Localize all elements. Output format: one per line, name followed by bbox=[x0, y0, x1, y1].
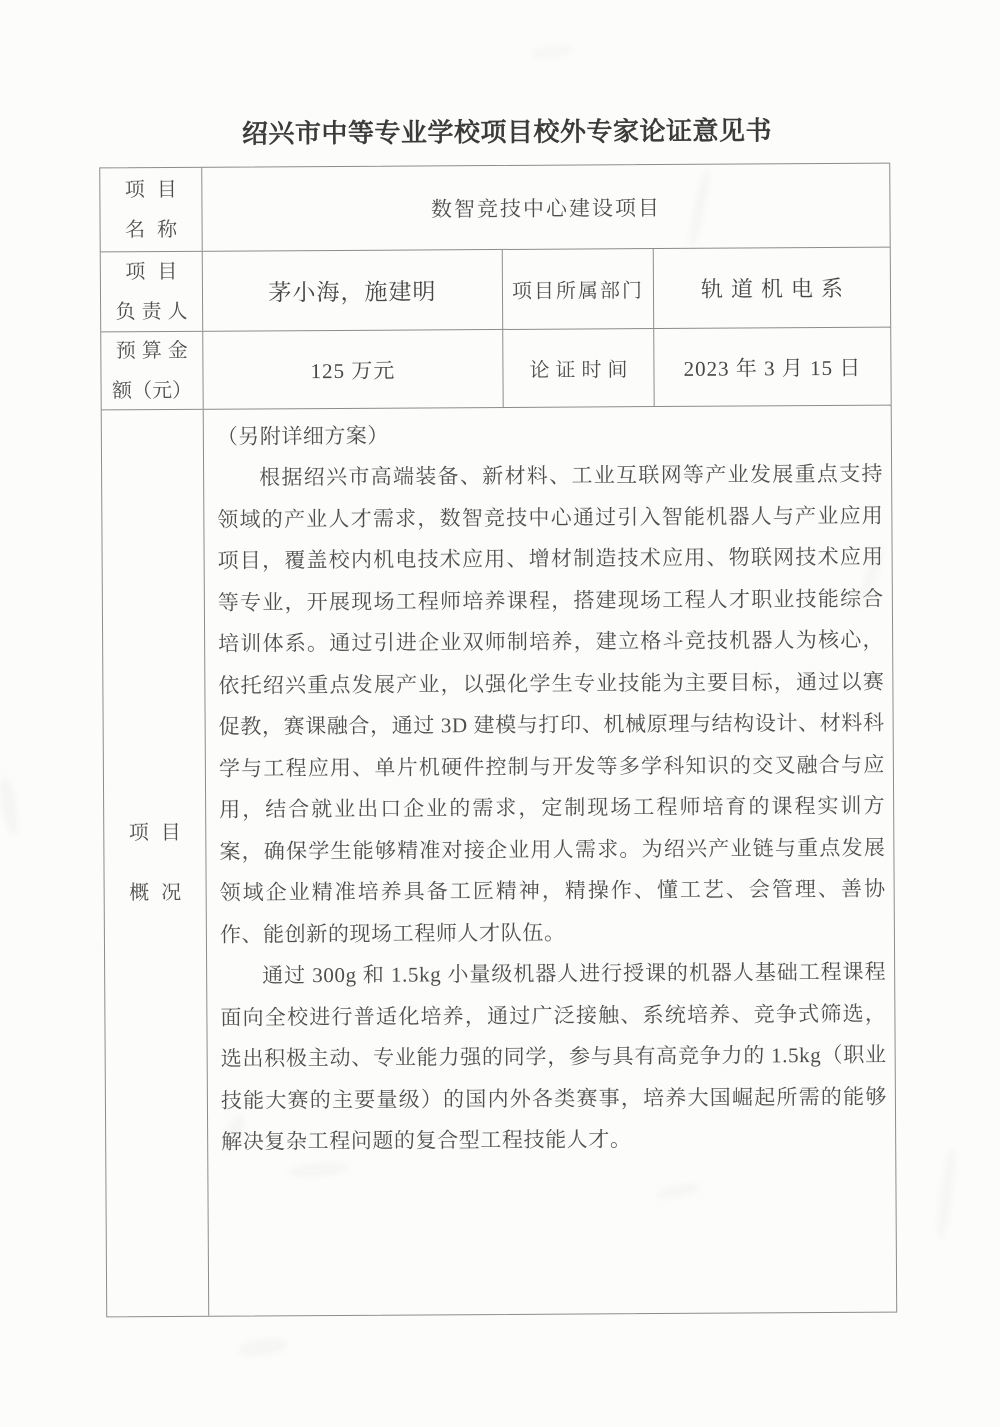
scanned-document-page: 绍兴市中等专业学校项目校外专家论证意见书 项目 名称 数智竞技中心建设项目 项目… bbox=[0, 0, 1000, 1427]
row-project-name: 项目 名称 数智竞技中心建设项目 bbox=[100, 164, 889, 253]
project-overview-label: 项目 概况 bbox=[102, 410, 210, 1317]
row-project-leader: 项目 负责人 茅小海，施建明 项目所属部门 轨道机电系 bbox=[101, 248, 890, 333]
label-line: 负责人 bbox=[110, 301, 194, 322]
label-line: 概况 bbox=[117, 883, 193, 903]
overview-paragraph: 根据绍兴市高端装备、新材料、工业互联网等产业发展重点支持领域的产业人才需求，数智… bbox=[217, 454, 886, 956]
project-name-value-cell: 数智竞技中心建设项目 bbox=[202, 164, 889, 251]
bleed-through-mark bbox=[237, 1336, 289, 1359]
label-line: 额（元） bbox=[112, 380, 192, 400]
department-value: 轨道机电系 bbox=[693, 272, 851, 304]
bleed-through-mark bbox=[531, 43, 574, 61]
project-leader-label: 项目 负责人 bbox=[101, 252, 203, 332]
department-field-label-cell: 项目所属部门 bbox=[503, 249, 654, 329]
budget-value: 125 万元 bbox=[310, 354, 395, 385]
bleed-through-mark bbox=[934, 1147, 958, 1240]
overview-note: （另附详细方案） bbox=[217, 413, 883, 458]
row-project-overview: 项目 概况 （另附详细方案） 根据绍兴市高端装备、新材料、工业互联网等产业发展重… bbox=[102, 406, 897, 1317]
project-name-label: 项目 名称 bbox=[100, 168, 203, 252]
label-line: 预算金 bbox=[110, 340, 194, 361]
document-sheet: 绍兴市中等专业学校项目校外专家论证意见书 项目 名称 数智竞技中心建设项目 项目… bbox=[0, 0, 1000, 1427]
label-line: 名称 bbox=[113, 219, 189, 239]
row-budget: 预算金 额（元） 125 万元 论证时间 2023 年 3 月 15 日 bbox=[101, 328, 890, 411]
project-leader-value: 茅小海，施建明 bbox=[268, 273, 436, 307]
project-review-form-table: 项目 名称 数智竞技中心建设项目 项目 负责人 茅小海，施建明 项目所属部门 bbox=[99, 163, 897, 1318]
budget-label: 预算金 额（元） bbox=[101, 332, 203, 410]
project-leader-value-cell: 茅小海，施建明 bbox=[203, 250, 503, 331]
review-time-value-cell: 2023 年 3 月 15 日 bbox=[654, 328, 890, 406]
review-time-field-label-cell: 论证时间 bbox=[503, 329, 654, 407]
project-name-value: 数智竞技中心建设项目 bbox=[431, 192, 661, 223]
document-title: 绍兴市中等专业学校项目校外专家论证意见书 bbox=[0, 109, 996, 152]
project-overview-content: （另附详细方案） 根据绍兴市高端装备、新材料、工业互联网等产业发展重点支持领域的… bbox=[204, 406, 897, 1316]
budget-value-cell: 125 万元 bbox=[203, 330, 503, 409]
review-time-value: 2023 年 3 月 15 日 bbox=[683, 351, 861, 382]
bleed-through-mark bbox=[0, 776, 21, 836]
label-line: 项目 bbox=[117, 823, 193, 843]
department-field-label: 项目所属部门 bbox=[512, 274, 644, 304]
label-line: 项目 bbox=[113, 261, 189, 281]
label-line: 项目 bbox=[113, 179, 189, 199]
department-value-cell: 轨道机电系 bbox=[654, 248, 890, 328]
review-time-field-label: 论证时间 bbox=[523, 353, 633, 383]
overview-paragraph: 通过 300g 和 1.5kg 小量级机器人进行授课的机器人基础工程课程面向全校… bbox=[220, 952, 887, 1164]
